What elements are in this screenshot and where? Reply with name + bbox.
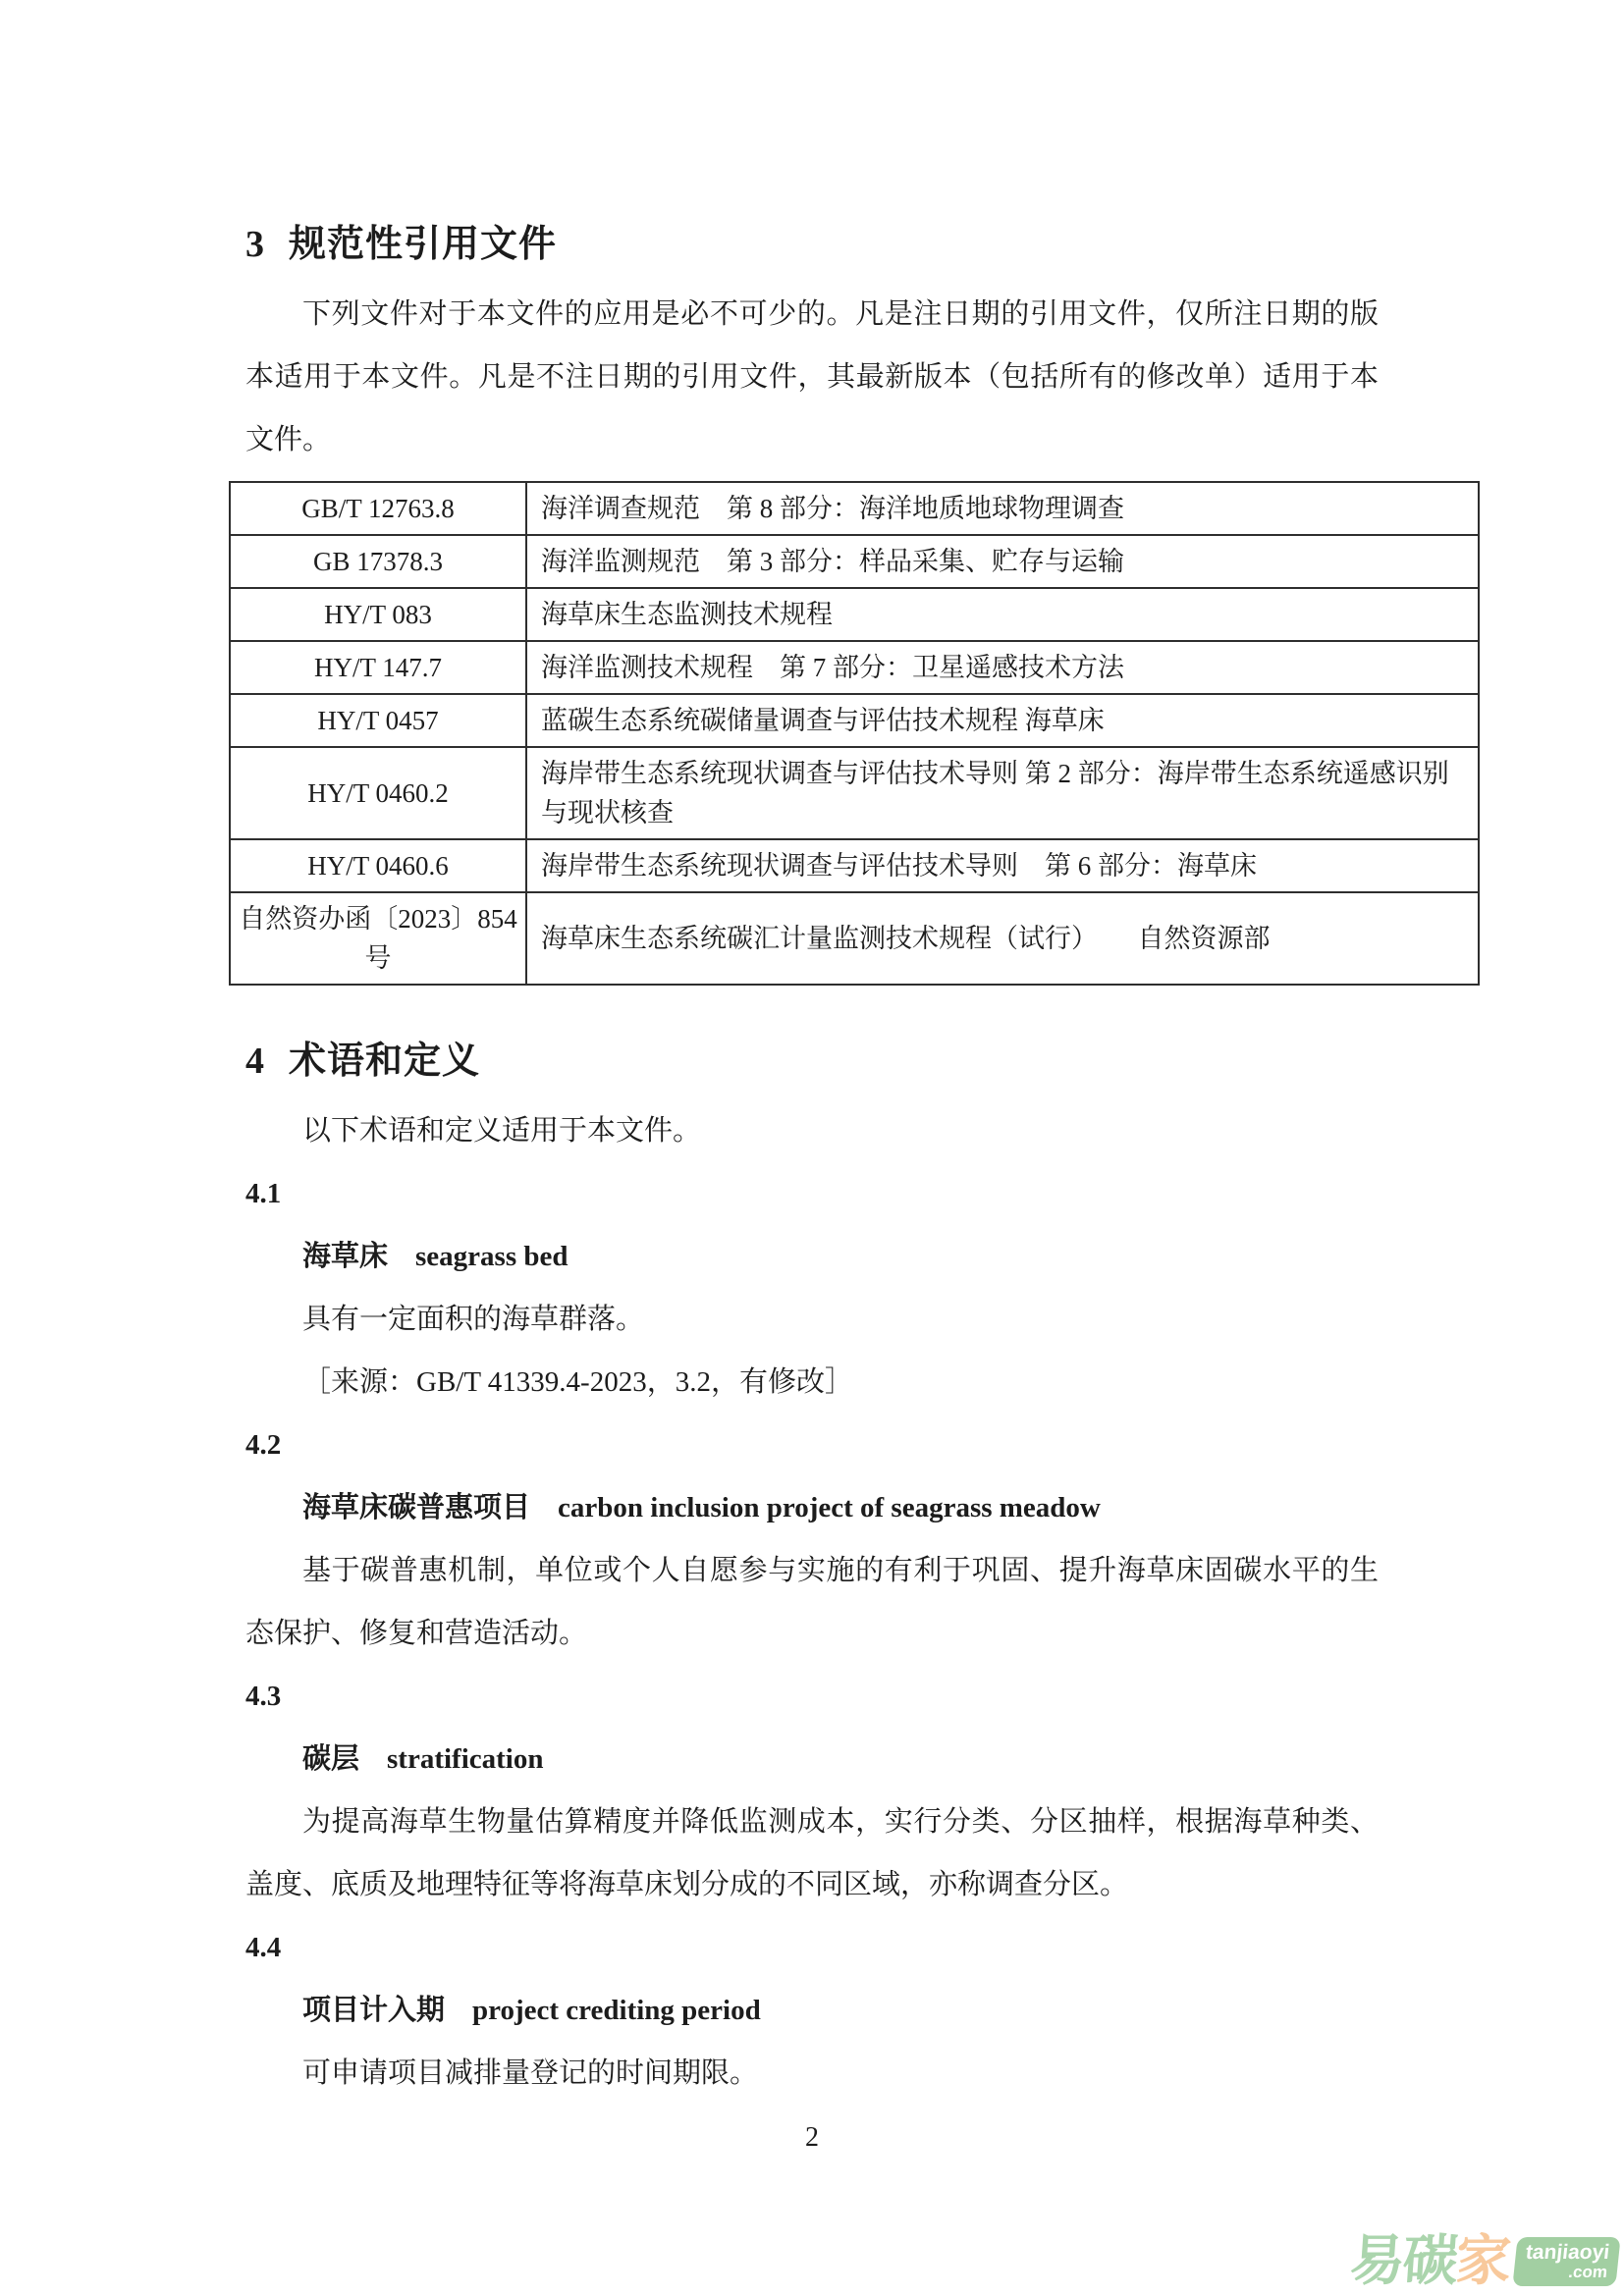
table-row: GB 17378.3 海洋监测规范 第 3 部分：样品采集、贮存与运输 <box>230 535 1479 588</box>
term-name-zh: 碳层 <box>302 1743 359 1775</box>
section-4-intro-paragraph: 以下术语和定义适用于本文件。 <box>245 1099 1379 1162</box>
site-watermark-logo: 易碳 家 tanjiaoyi .com <box>1350 2233 1618 2288</box>
reference-code: GB 17378.3 <box>230 535 526 588</box>
watermark-text-green: 易碳 <box>1348 2233 1458 2288</box>
reference-code: HY/T 083 <box>230 588 526 641</box>
term-number: 4.1 <box>245 1162 1379 1225</box>
term-name-zh: 海草床碳普惠项目 <box>302 1492 530 1523</box>
section-3-heading: 3规范性引用文件 <box>245 222 1379 267</box>
term-number: 4.4 <box>245 1916 1379 1979</box>
table-row: HY/T 0460.2 海岸带生态系统现状调查与评估技术导则 第 2 部分：海岸… <box>230 747 1479 839</box>
section-3-title: 规范性引用文件 <box>289 224 557 265</box>
reference-code: HY/T 0460.6 <box>230 839 526 892</box>
watermark-text-orange: 家 <box>1454 2233 1511 2288</box>
reference-title: 海草床生态监测技术规程 <box>526 588 1479 641</box>
table-row: HY/T 083 海草床生态监测技术规程 <box>230 588 1479 641</box>
term-source: ［来源：GB/T 41339.4-2023，3.2，有修改］ <box>245 1351 1379 1414</box>
term-name: 碳层stratification <box>245 1728 1379 1790</box>
term-name-en: carbon inclusion project of seagrass mea… <box>558 1492 1101 1523</box>
term-definition: 基于碳普惠机制，单位或个人自愿参与实施的有利于巩固、提升海草床固碳水平的生态保护… <box>245 1539 1379 1665</box>
page-number: 2 <box>0 2122 1624 2154</box>
reference-code: HY/T 147.7 <box>230 641 526 694</box>
reference-code: 自然资办函〔2023〕854 号 <box>230 892 526 985</box>
reference-title: 海岸带生态系统现状调查与评估技术导则 第 2 部分：海岸带生态系统遥感识别与现状… <box>526 747 1479 839</box>
document-page: 3规范性引用文件 下列文件对于本文件的应用是必不可少的。凡是注日期的引用文件，仅… <box>0 0 1624 2296</box>
table-row: HY/T 0457 蓝碳生态系统碳储量调查与评估技术规程 海草床 <box>230 694 1479 747</box>
reference-title: 海草床生态系统碳汇计量监测技术规程（试行） 自然资源部 <box>526 892 1479 985</box>
reference-title: 海洋监测技术规程 第 7 部分：卫星遥感技术方法 <box>526 641 1479 694</box>
reference-code: HY/T 0457 <box>230 694 526 747</box>
section-4-title: 术语和定义 <box>289 1041 480 1082</box>
term-name-en: seagrass bed <box>415 1241 568 1272</box>
section-4-number: 4 <box>245 1041 265 1082</box>
term-name-en: project crediting period <box>472 1995 761 2026</box>
section-3-intro-paragraph: 下列文件对于本文件的应用是必不可少的。凡是注日期的引用文件，仅所注日期的版本适用… <box>245 283 1379 471</box>
page-content: 3规范性引用文件 下列文件对于本文件的应用是必不可少的。凡是注日期的引用文件，仅… <box>0 222 1624 2105</box>
watermark-badge-line2: .com <box>1523 2264 1608 2280</box>
table-row: HY/T 147.7 海洋监测技术规程 第 7 部分：卫星遥感技术方法 <box>230 641 1479 694</box>
term-name-zh: 海草床 <box>302 1241 388 1272</box>
term-name-zh: 项目计入期 <box>302 1995 445 2026</box>
term-name: 海草床seagrass bed <box>245 1225 1379 1288</box>
term-number: 4.3 <box>245 1665 1379 1728</box>
term-number: 4.2 <box>245 1414 1379 1476</box>
term-definition: 为提高海草生物量估算精度并降低监测成本，实行分类、分区抽样，根据海草种类、盖度、… <box>245 1790 1379 1916</box>
table-row: 自然资办函〔2023〕854 号 海草床生态系统碳汇计量监测技术规程（试行） 自… <box>230 892 1479 985</box>
normative-references-table: GB/T 12763.8 海洋调查规范 第 8 部分：海洋地质地球物理调查 GB… <box>229 481 1480 986</box>
reference-title: 海岸带生态系统现状调查与评估技术导则 第 6 部分：海草床 <box>526 839 1479 892</box>
reference-title: 海洋调查规范 第 8 部分：海洋地质地球物理调查 <box>526 482 1479 535</box>
watermark-badge: tanjiaoyi .com <box>1512 2237 1620 2286</box>
table-row: GB/T 12763.8 海洋调查规范 第 8 部分：海洋地质地球物理调查 <box>230 482 1479 535</box>
section-3-number: 3 <box>245 224 265 265</box>
reference-title: 蓝碳生态系统碳储量调查与评估技术规程 海草床 <box>526 694 1479 747</box>
reference-title: 海洋监测规范 第 3 部分：样品采集、贮存与运输 <box>526 535 1479 588</box>
term-definition: 可申请项目减排量登记的时间期限。 <box>245 2042 1379 2105</box>
term-definition: 具有一定面积的海草群落。 <box>245 1288 1379 1351</box>
table-row: HY/T 0460.6 海岸带生态系统现状调查与评估技术导则 第 6 部分：海草… <box>230 839 1479 892</box>
term-name-en: stratification <box>387 1743 543 1775</box>
term-name: 项目计入期project crediting period <box>245 1979 1379 2042</box>
section-4-heading: 4术语和定义 <box>245 1039 1379 1084</box>
term-name: 海草床碳普惠项目carbon inclusion project of seag… <box>245 1476 1379 1539</box>
reference-code: HY/T 0460.2 <box>230 747 526 839</box>
reference-code: GB/T 12763.8 <box>230 482 526 535</box>
watermark-badge-line1: tanjiaoyi <box>1525 2242 1610 2263</box>
